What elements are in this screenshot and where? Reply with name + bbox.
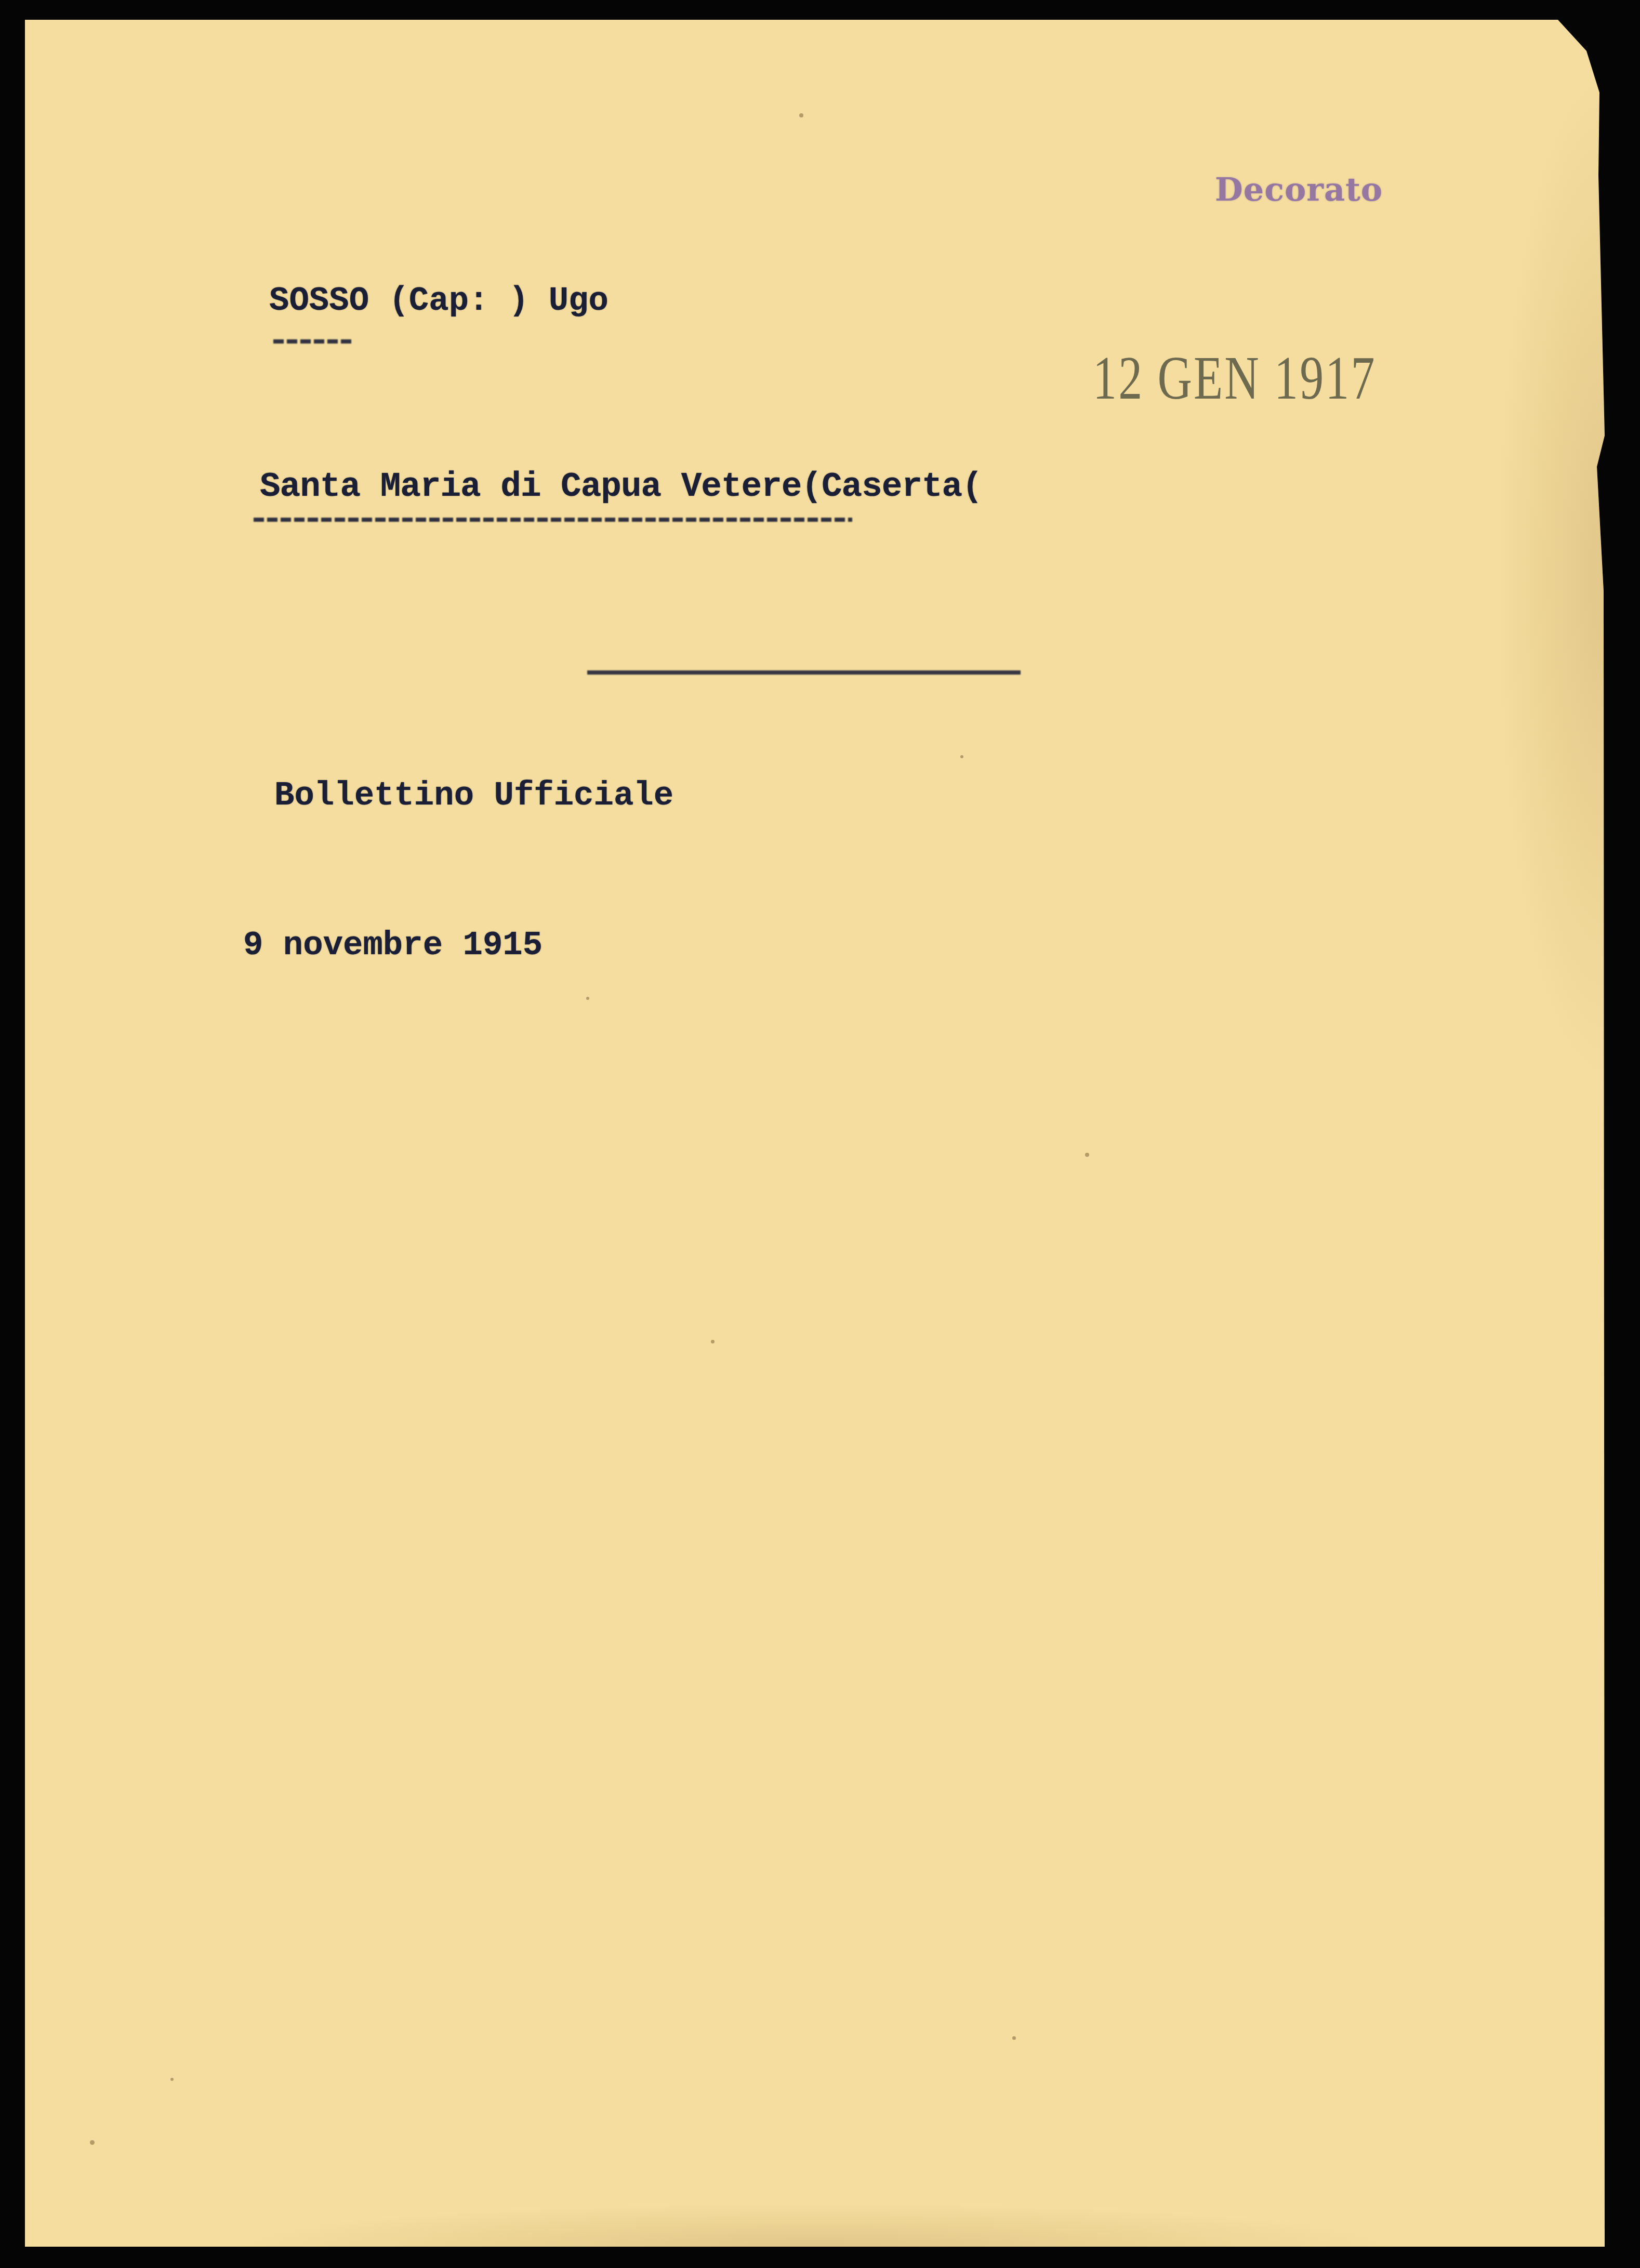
archival-card: Decorato 12 GEN 1917 SOSSO (Cap: ) Ugo S…	[25, 20, 1605, 2247]
received-date-stamp: 12 GEN 1917	[1093, 343, 1377, 414]
source-line: Bollettino Ufficiale	[274, 780, 673, 813]
paper-speck	[1012, 2036, 1016, 2040]
paper-speck	[1085, 1153, 1089, 1157]
paper-speck	[960, 755, 963, 758]
paper-speck	[799, 113, 803, 117]
decorato-stamp: Decorato	[1215, 170, 1383, 208]
place-line: Santa Maria di Capua Vetere(Caserta(	[260, 470, 982, 504]
separator-rule	[587, 670, 1021, 675]
paper-speck	[170, 2078, 174, 2081]
date-line: 9 novembre 1915	[243, 929, 543, 962]
paper-speck	[711, 1340, 715, 1343]
name-underline	[273, 339, 352, 344]
paper-speck	[90, 2140, 95, 2145]
place-underline	[254, 518, 852, 522]
paper-speck	[586, 997, 589, 1000]
name-line: SOSSO (Cap: ) Ugo	[269, 285, 609, 318]
